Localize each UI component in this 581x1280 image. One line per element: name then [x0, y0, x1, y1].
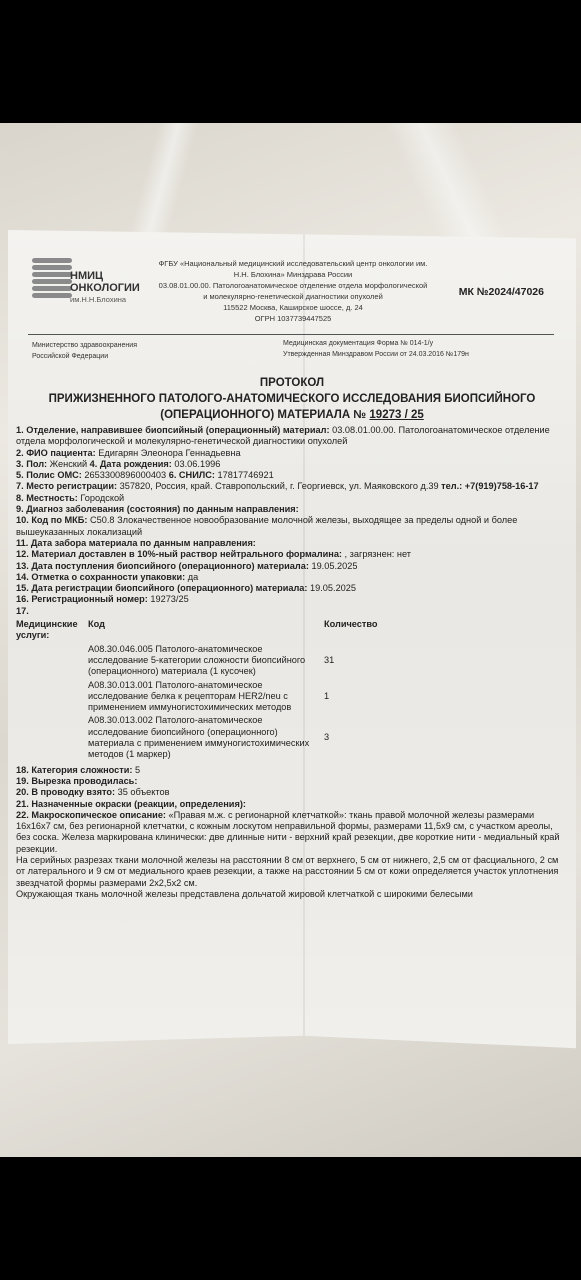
service-row: A08.30.013.001 Патолого-анатомическое ис…: [88, 680, 564, 714]
service-row: A08.30.046.005 Патолого-анатомическое ис…: [88, 644, 564, 678]
field-label: 22. Макроскопическое описание:: [16, 810, 166, 820]
field-row: 7. Место регистрации: 357820, Россия, кр…: [16, 481, 564, 492]
field-row: 5. Полис ОМС: 2653300896000403 6. СНИЛС:…: [16, 470, 564, 481]
field-value: 5: [132, 765, 140, 775]
field-label: 2. ФИО пациента:: [16, 448, 96, 458]
field-label: 4. Дата рождения:: [87, 459, 172, 469]
field-value: C50.8 Злокачественное новообразование мо…: [16, 515, 517, 536]
field-label: тел.: +7(919)758-16-17: [439, 481, 539, 491]
field-label: 11. Дата забора материала по данным напр…: [16, 538, 256, 548]
description-paragraph: На серийных разрезах ткани молочной желе…: [16, 855, 564, 889]
field-label: 21. Назначенные окраски (реакции, опреде…: [16, 799, 246, 809]
field-value: Женский: [47, 459, 87, 469]
services-column-label: Медицинские услуги:: [16, 619, 88, 642]
pathology-protocol-document: НМИЦ ОНКОЛОГИИ им.Н.Н.Блохина ФГБУ «Наци…: [8, 230, 576, 1065]
stacked-rings-logo-icon: [32, 256, 72, 312]
field-label: 17.: [16, 606, 29, 616]
field-value: 35 объектов: [115, 787, 169, 797]
field-value: 17817746921: [215, 470, 274, 480]
description-paragraph: Окружающая ткань молочной железы предста…: [16, 889, 564, 900]
field-label: 12. Материал доставлен в 10%-ный раствор…: [16, 549, 342, 559]
field-row: 2. ФИО пациента: Едигарян Элеонора Генна…: [16, 448, 564, 459]
field-label: 15. Дата регистрации биопсийного (операц…: [16, 583, 307, 593]
field-row: 22. Макроскопическое описание: «Правая м…: [16, 810, 564, 855]
service-row: A08.30.013.002 Патолого-анатомическое ис…: [88, 715, 564, 760]
field-label: 9. Диагноз заболевания (состояния) по да…: [16, 504, 299, 514]
field-row: 20. В проводку взято: 35 объектов: [16, 787, 564, 798]
field-label: 3. Пол:: [16, 459, 47, 469]
field-value: 19.05.2025: [309, 561, 358, 571]
field-label: 6. СНИЛС:: [166, 470, 215, 480]
field-row: 9. Диагноз заболевания (состояния) по да…: [16, 504, 564, 515]
field-label: 20. В проводку взято:: [16, 787, 115, 797]
services-column-code: Код: [88, 619, 324, 642]
field-row: 10. Код по МКБ: C50.8 Злокачественное но…: [16, 515, 564, 538]
field-row: 1. Отделение, направившее биопсийный (оп…: [16, 425, 564, 448]
service-quantity: 31: [318, 644, 364, 678]
field-label: 7. Место регистрации:: [16, 481, 117, 491]
field-label: 10. Код по МКБ:: [16, 515, 87, 525]
service-quantity: 1: [318, 680, 364, 714]
ministry-label: Министерство здравоохранения Российской …: [32, 340, 137, 362]
field-label: 8. Местность:: [16, 493, 78, 503]
organization-details: ФГБУ «Национальный медицинский исследова…: [138, 258, 448, 324]
field-value: 03.06.1996: [172, 459, 221, 469]
field-value: , загрязнен: нет: [342, 549, 411, 559]
field-value: Городской: [78, 493, 124, 503]
medical-services-table: Медицинские услуги: Код Количество A08.3…: [16, 619, 564, 761]
field-row: 13. Дата поступления биопсийного (операц…: [16, 561, 564, 572]
field-row: 15. Дата регистрации биопсийного (операц…: [16, 583, 564, 594]
field-row: 16. Регистрационный номер: 19273/25: [16, 594, 564, 605]
field-label: 1. Отделение, направившее биопсийный (оп…: [16, 425, 330, 435]
field-label: 14. Отметка о сохранности упаковки:: [16, 572, 185, 582]
field-label: 16. Регистрационный номер:: [16, 594, 148, 604]
field-value: 2653300896000403: [82, 470, 166, 480]
service-description: A08.30.046.005 Патолого-анатомическое ис…: [88, 644, 318, 678]
field-value: 19.05.2025: [307, 583, 356, 593]
service-description: A08.30.013.002 Патолого-анатомическое ис…: [88, 715, 318, 760]
document-body: 1. Отделение, направившее биопсийный (оп…: [16, 425, 564, 900]
mk-number: МК №2024/47026: [459, 286, 544, 298]
field-row: 3. Пол: Женский 4. Дата рождения: 03.06.…: [16, 459, 564, 470]
document-title: ПРОТОКОЛ ПРИЖИЗНЕННОГО ПАТОЛОГО-АНАТОМИЧ…: [8, 375, 576, 423]
header-divider: [28, 334, 554, 335]
field-label: 5. Полис ОМС:: [16, 470, 82, 480]
field-value: Едигарян Элеонора Геннадьевна: [96, 448, 241, 458]
services-column-qty: Количество: [324, 619, 378, 642]
field-row: 21. Назначенные окраски (реакции, опреде…: [16, 799, 564, 810]
field-row: 11. Дата забора материала по данным напр…: [16, 538, 564, 549]
protocol-number: 19273 / 25: [369, 409, 423, 421]
field-label: 19. Вырезка проводилась:: [16, 776, 137, 786]
field-row: 14. Отметка о сохранности упаковки: да: [16, 572, 564, 583]
field-value: 19273/25: [148, 594, 189, 604]
institution-logo-text: НМИЦ ОНКОЛОГИИ им.Н.Н.Блохина: [70, 270, 140, 306]
field-label: 18. Категория сложности:: [16, 765, 132, 775]
field-value: да: [185, 572, 198, 582]
field-value: 357820, Россия, край. Ставропольский, г.…: [117, 481, 439, 491]
service-description: A08.30.013.001 Патолого-анатомическое ис…: [88, 680, 318, 714]
field-label: 13. Дата поступления биопсийного (операц…: [16, 561, 309, 571]
form-reference: Медицинская документация Форма № 014-1/у…: [283, 338, 469, 360]
field-row: 17.: [16, 606, 564, 617]
field-row: 18. Категория сложности: 5: [16, 765, 564, 776]
service-quantity: 3: [318, 715, 364, 760]
field-row: 19. Вырезка проводилась:: [16, 776, 564, 787]
field-row: 12. Материал доставлен в 10%-ный раствор…: [16, 549, 564, 560]
field-row: 8. Местность: Городской: [16, 493, 564, 504]
